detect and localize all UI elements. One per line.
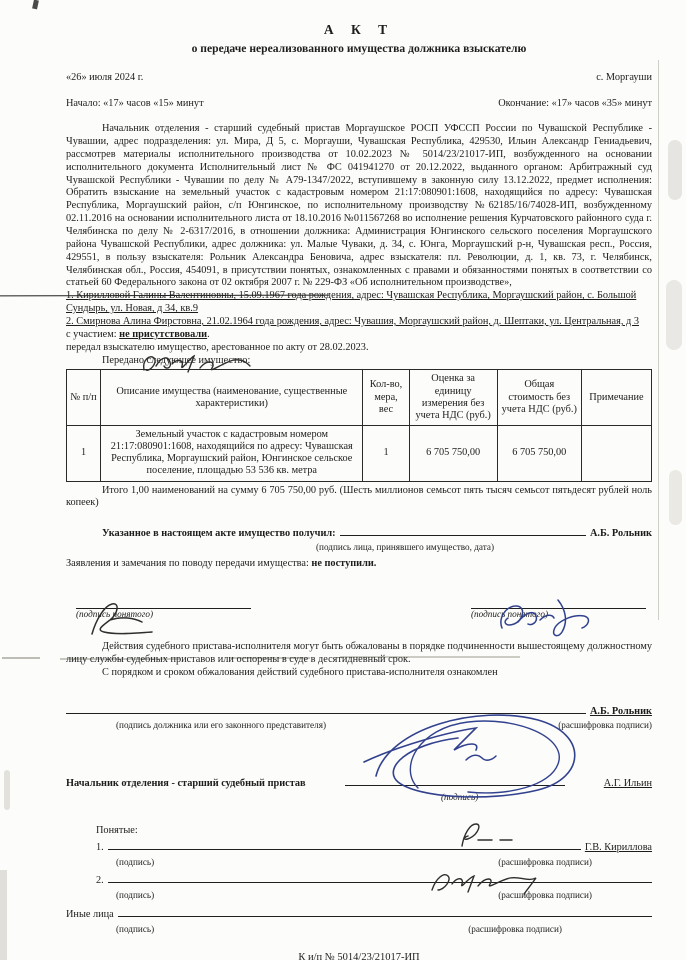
debtor-sign-hint: (подпись должника или его законного пред… (116, 720, 326, 732)
col-header-total-price: Общая стоимость без учета НДС (руб.) (497, 370, 581, 426)
witness-2-signature-line (471, 594, 646, 609)
scan-artifact-top-left (32, 0, 39, 9)
cell-total-price: 6 705 750,00 (497, 425, 581, 481)
scan-artifact-right-blob-3 (669, 470, 682, 525)
participation-value: не присутствовали (119, 329, 207, 340)
document-place: с. Моргауши (596, 72, 652, 85)
others-sign-label: (подпись) (116, 924, 154, 936)
cell-description: Земельный участок с кадастровым номером … (101, 425, 363, 481)
witness-entry-2: 2. Смирнова Алина Фирстовна, 21.02.1964 … (66, 316, 652, 329)
witness-1-text: 1. Кирилловой Галины Валентиновны, 15.09… (66, 290, 636, 314)
col-header-description: Описание имущества (наименование, сущест… (101, 370, 363, 426)
received-sign-hint: (подпись лица, принявшего имущество, дат… (316, 542, 652, 554)
received-label: Указанное в настоящем акте имущество пол… (102, 528, 336, 541)
debtor-name: А.Б. Рольник (590, 706, 652, 719)
cell-qty: 1 (363, 425, 409, 481)
col-header-num: № п/п (67, 370, 101, 426)
col-header-note: Примечание (581, 370, 651, 426)
witness-1-signature-line (76, 594, 251, 609)
witness-2-index: 2. (96, 875, 104, 888)
scan-artifact-left-smudge (4, 770, 10, 810)
appeal-paragraph: Действия судебного пристава-исполнителя … (66, 641, 652, 667)
witness-2-sign-label: (подпись) (116, 890, 154, 902)
remarks-line: Заявления и замечания по поводу передачи… (66, 558, 652, 571)
scan-artifact-dash-1 (2, 657, 40, 659)
participation-period: . (207, 329, 210, 340)
debtor-signature-line (66, 702, 586, 714)
others-label: Иные лица (66, 909, 114, 922)
document-title: А К Т (66, 22, 652, 39)
remarks-label: Заявления и замечания по поводу передачи… (66, 558, 309, 569)
witnesses-label: Понятые: (96, 825, 652, 838)
chief-signature-line (345, 774, 565, 786)
witness-2-sign-hint: (подпись понятого) (471, 609, 646, 621)
witness-2-fill-line (108, 871, 652, 883)
transfer-line: передал взыскателю имущество, арестованн… (66, 342, 652, 355)
scan-artifact-right-blob-1 (668, 140, 682, 200)
table-header-row: № п/п Описание имущества (наименование, … (67, 370, 652, 426)
main-paragraph: Начальник отделения - старший судебный п… (66, 123, 652, 290)
participation-label: с участием: (66, 329, 117, 340)
scan-artifact-left-band (0, 870, 7, 960)
witness-1-sign-hint: (подпись понятого) (76, 609, 251, 621)
witness-1-sign-label: (подпись) (116, 857, 154, 869)
witness-1-name: Г.В. Кириллова (585, 842, 652, 855)
witness-1-fill-line (108, 838, 581, 850)
table-intro: Передано следующее имущество: (66, 355, 652, 368)
start-time: Начало: «17» часов «15» минут (66, 98, 204, 111)
witness-2-decrypt-label: (расшифровка подписи) (498, 890, 592, 902)
scan-artifact-right-blob-2 (666, 280, 682, 350)
witness-entry-1: 1. Кирилловой Галины Валентиновны, 15.09… (66, 290, 652, 316)
total-line: Итого 1,00 наименований на сумму 6 705 7… (66, 485, 652, 511)
property-table: № п/п Описание имущества (наименование, … (66, 369, 652, 481)
received-name: А.Б. Рольник (590, 528, 652, 541)
scanned-act-document: А К Т о передаче нереализованного имущес… (0, 0, 686, 960)
remarks-value: не поступили. (311, 558, 376, 569)
document-subtitle: о передаче нереализованного имущества до… (66, 42, 652, 56)
chief-name: А.Г. Ильин (604, 778, 652, 791)
debtor-decrypt-hint: (расшифровка подписи) (558, 720, 652, 732)
witness-1-decrypt-label: (расшифровка подписи) (498, 857, 592, 869)
others-decrypt-label: (расшифровка подписи) (468, 924, 562, 936)
document-date: «26» июля 2024 г. (66, 72, 143, 85)
witness-1-index: 1. (96, 842, 104, 855)
witness-2-text: 2. Смирнова Алина Фирстовна, 21.02.1964 … (66, 316, 639, 327)
case-number-footer: К и/п № 5014/23/21017-ИП (66, 951, 652, 960)
end-time: Окончание: «17» часов «35» минут (498, 98, 652, 111)
col-header-unit-price: Оценка за единицу измерения без учета НД… (409, 370, 497, 426)
col-header-qty: Кол-во, мера, вес (363, 370, 409, 426)
appeal-acknowledged: С порядком и сроком обжалования действий… (66, 667, 652, 680)
chief-label: Начальник отделения - старший судебный п… (66, 778, 306, 791)
cell-unit-price: 6 705 750,00 (409, 425, 497, 481)
cell-note (581, 425, 651, 481)
others-fill-line (118, 905, 652, 917)
received-signature-line (340, 524, 586, 536)
scan-artifact-right-line (658, 60, 659, 620)
cell-num: 1 (67, 425, 101, 481)
table-row: 1 Земельный участок с кадастровым номеро… (67, 425, 652, 481)
chief-sign-hint: (подпись) (441, 792, 652, 804)
participation-line: с участием: не присутствовали. (66, 329, 652, 342)
